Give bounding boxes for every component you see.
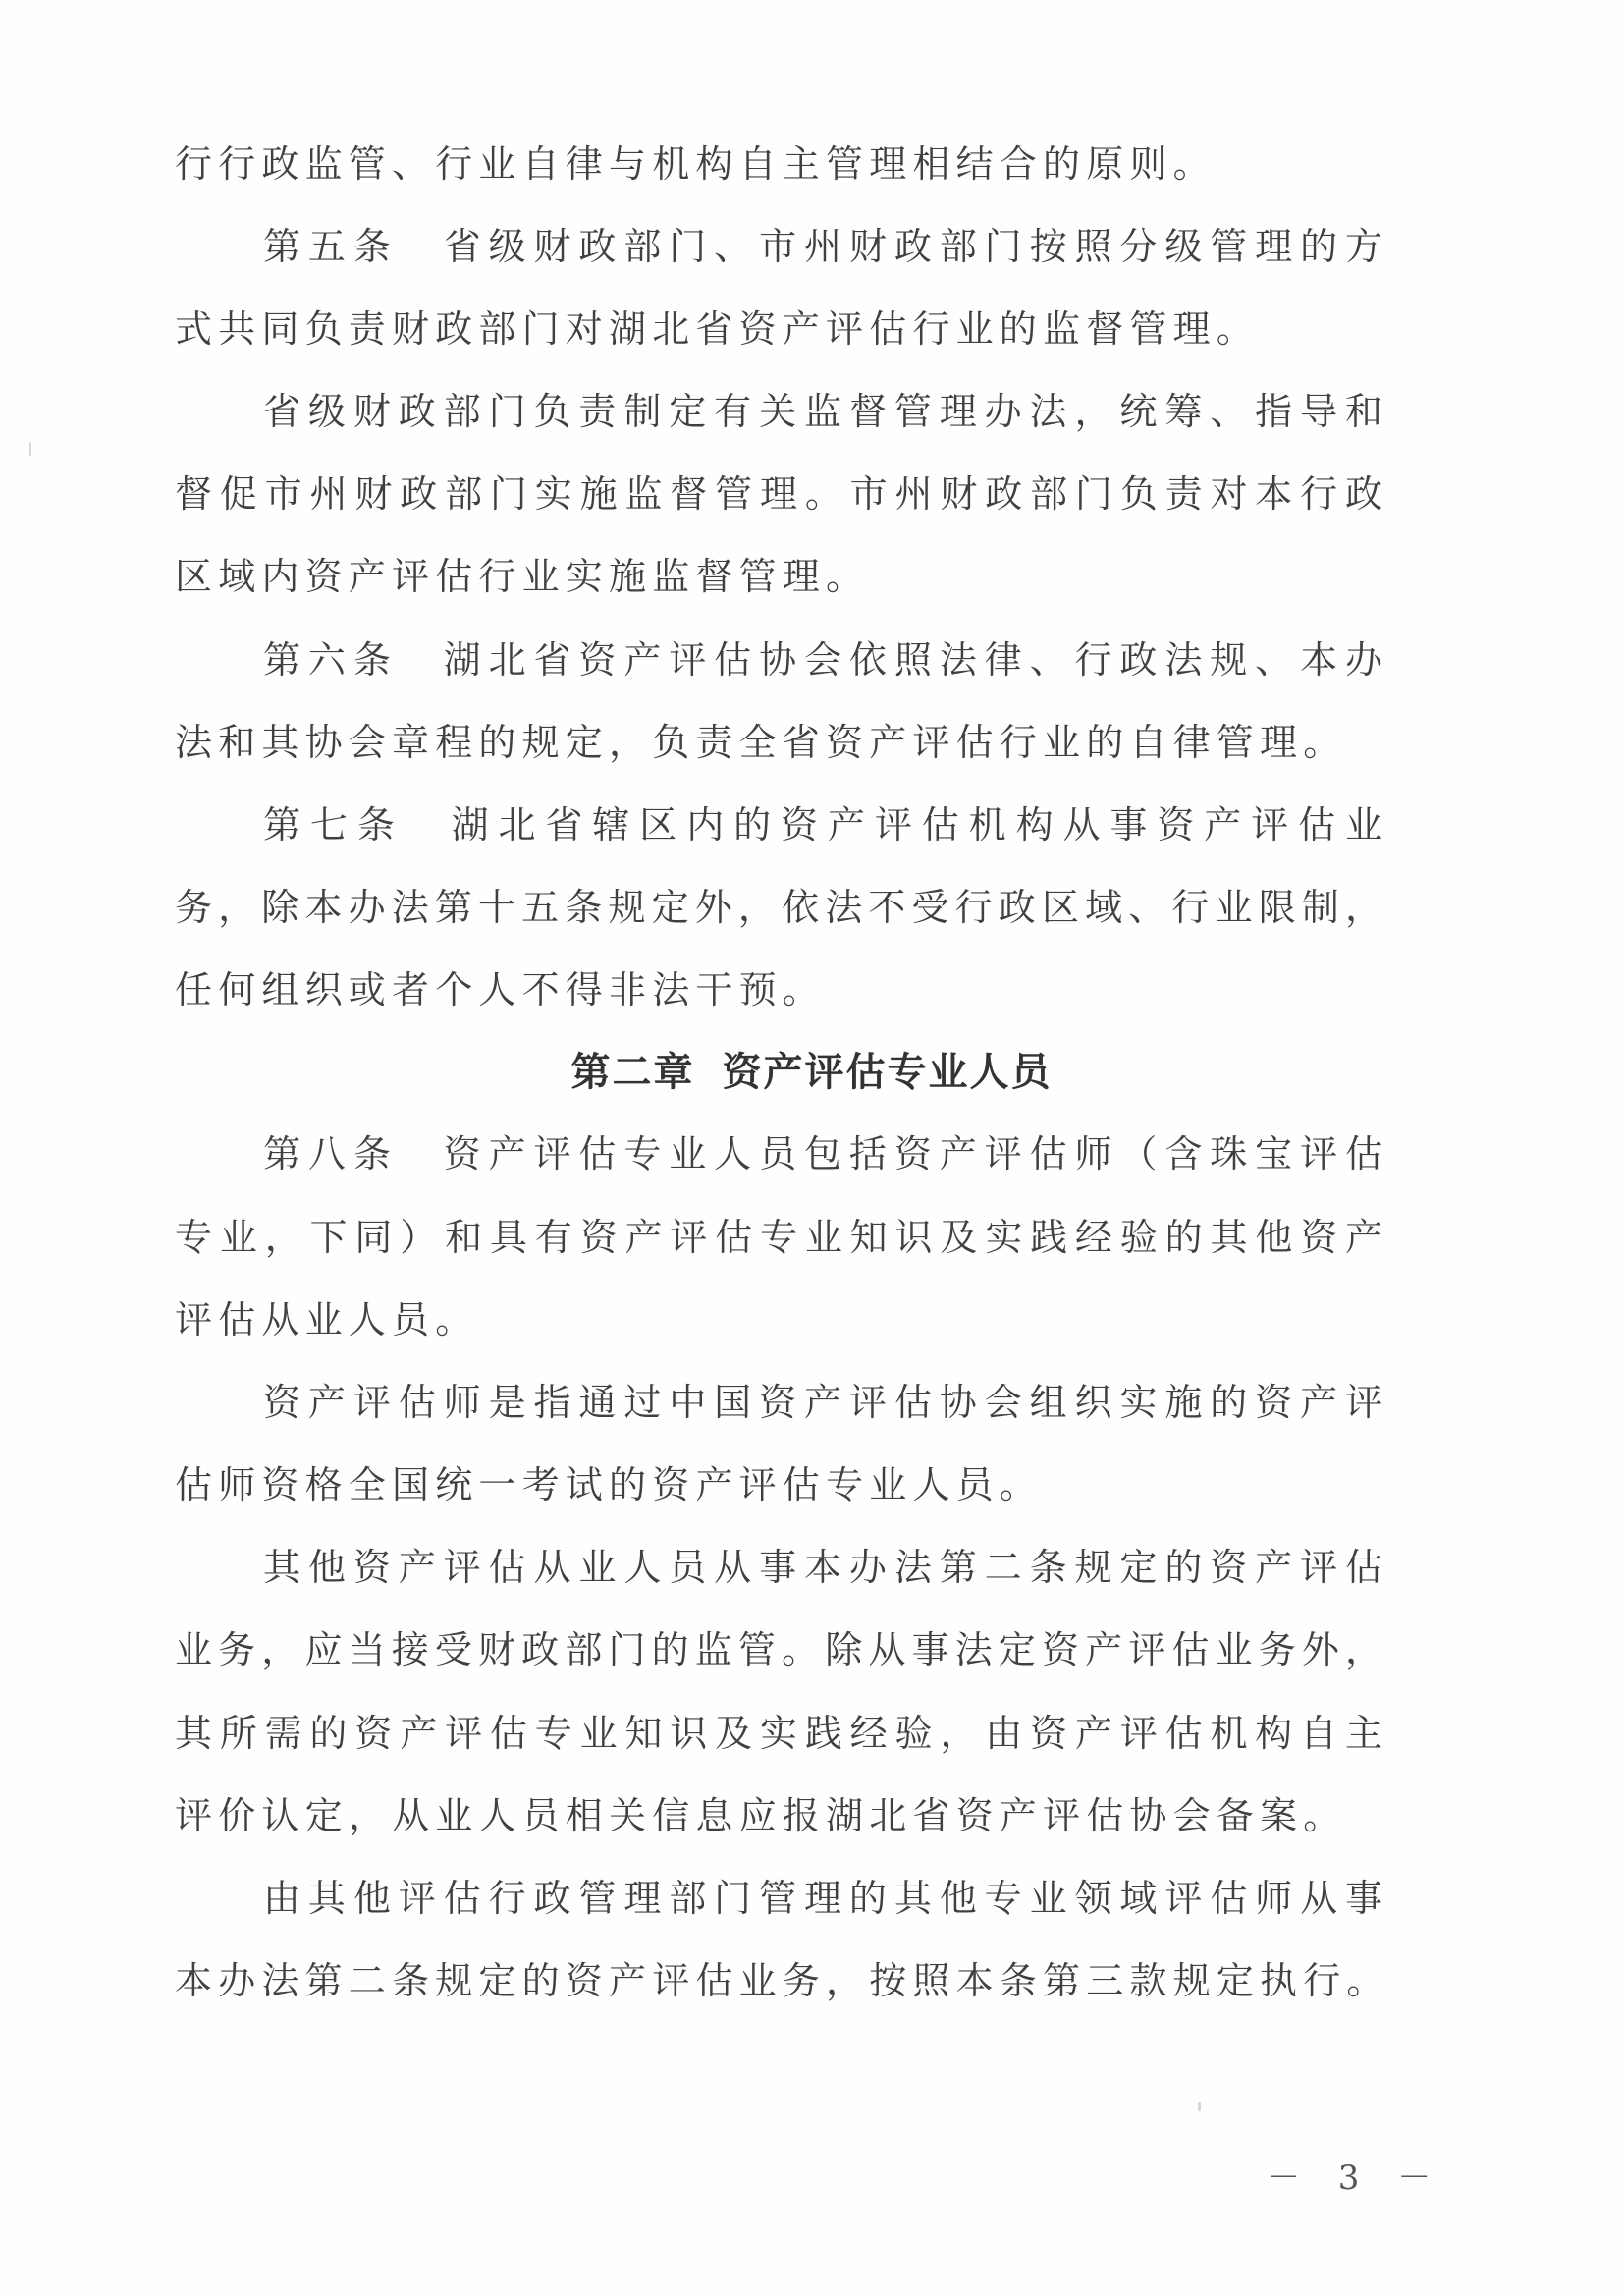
body-line: 务，除本办法第十五条规定外，依法不受行政区域、行业限制， xyxy=(175,883,1382,932)
chapter-title: 资产评估专业人员 xyxy=(723,1050,1053,1095)
body-line: 评价认定，从业人员相关信息应报湖北省资产评估协会备案。 xyxy=(175,1791,1382,1840)
body-line: 省级财政部门负责制定有关监督管理办法，统筹、指导和 xyxy=(263,387,1382,436)
article-7-line: 第七条 湖北省辖区内的资产评估机构从事资产评估业 xyxy=(263,800,1382,849)
body-line: 本办法第二条规定的资产评估业务，按照本条第三款规定执行。 xyxy=(175,1956,1382,2005)
body-line: 资产评估师是指通过中国资产评估协会组织实施的资产评 xyxy=(263,1378,1382,1427)
body-line: 其他资产评估从业人员从事本办法第二条规定的资产评估 xyxy=(263,1543,1382,1592)
body-line: 估师资格全国统一考试的资产评估专业人员。 xyxy=(175,1460,1382,1509)
article-8-line: 第八条 资产评估专业人员包括资产评估师（含珠宝评估 xyxy=(263,1129,1382,1178)
body-line: 其所需的资产评估专业知识及实践经验，由资产评估机构自主 xyxy=(175,1709,1382,1758)
document-page: 行行政监管、行业自律与机构自主管理相结合的原则。 第五条 省级财政部门、市州财政… xyxy=(0,0,1623,2296)
page-number: － 3 － xyxy=(1267,2151,1444,2199)
article-6-line: 第六条 湖北省资产评估协会依照法律、行政法规、本办 xyxy=(263,635,1382,684)
chapter-number: 第二章 xyxy=(571,1050,695,1095)
body-line: 专业，下同）和具有资产评估专业知识及实践经验的其他资产 xyxy=(175,1213,1382,1262)
body-line: 评估从业人员。 xyxy=(175,1295,1382,1344)
body-line: 行行政监管、行业自律与机构自主管理相结合的原则。 xyxy=(175,139,1382,189)
body-line: 法和其协会章程的规定，负责全省资产评估行业的自律管理。 xyxy=(175,718,1382,767)
scan-artifact xyxy=(1198,2102,1201,2111)
body-line: 区域内资产评估行业实施监督管理。 xyxy=(175,552,1382,601)
body-line: 式共同负责财政部门对湖北省资产评估行业的监督管理。 xyxy=(175,304,1382,354)
article-5-line: 第五条 省级财政部门、市州财政部门按照分级管理的方 xyxy=(263,222,1382,271)
body-line: 任何组织或者个人不得非法干预。 xyxy=(175,965,1382,1014)
body-line: 业务，应当接受财政部门的监管。除从事法定资产评估业务外， xyxy=(175,1625,1382,1674)
scan-artifact xyxy=(29,442,31,456)
body-line: 由其他评估行政管理部门管理的其他专业领域评估师从事 xyxy=(263,1874,1382,1923)
body-line: 督促市州财政部门实施监督管理。市州财政部门负责对本行政 xyxy=(175,469,1382,519)
chapter-heading: 第二章资产评估专业人员 xyxy=(0,1047,1623,1098)
